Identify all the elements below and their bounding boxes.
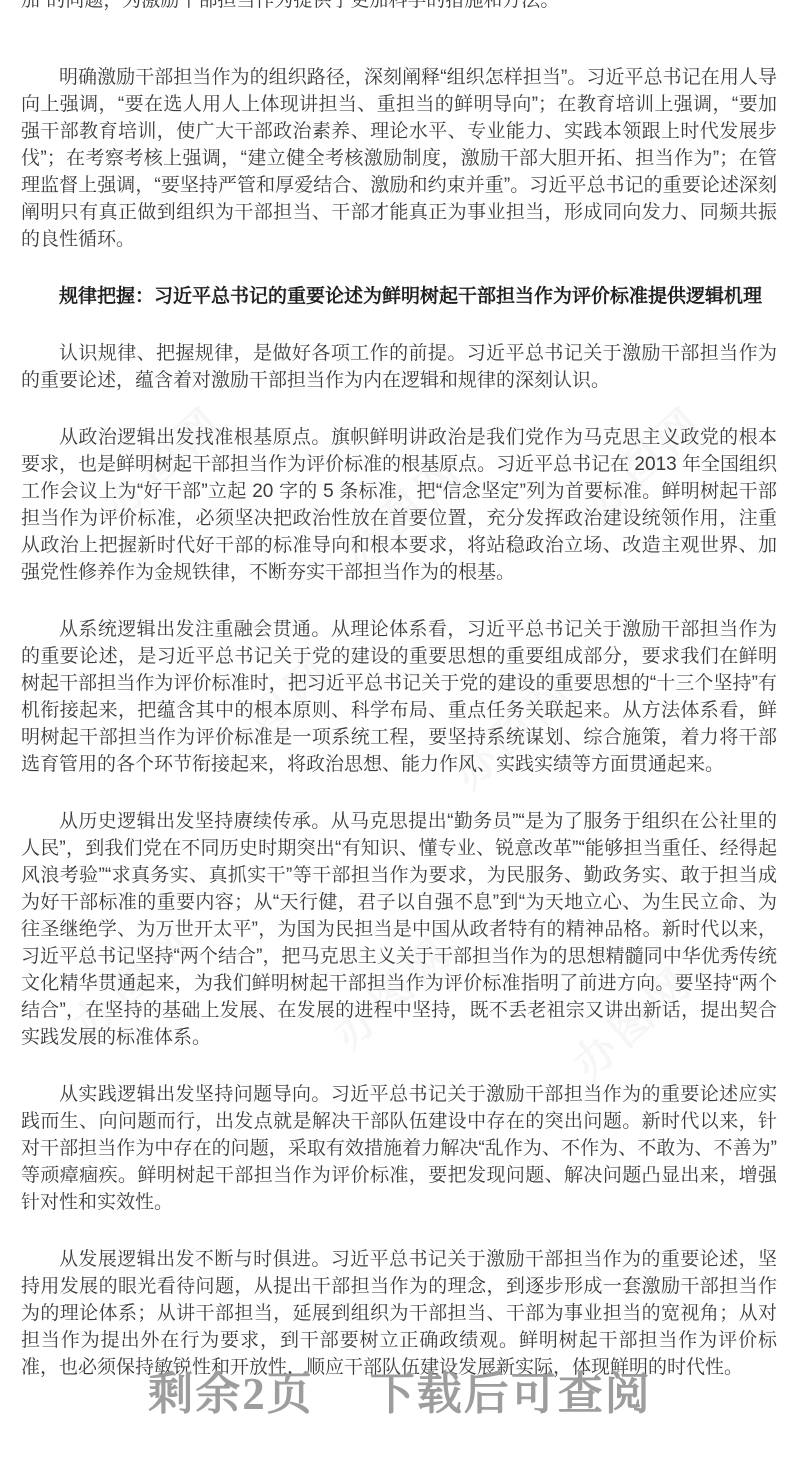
download-hint-text: 下载后可查阅 — [370, 1369, 652, 1419]
paragraph: 认识规律、把握规律，是做好各项工作的前提。习近平总书记关于激励干部担当作为的重要… — [21, 340, 777, 394]
paragraph: 从实践逻辑出发坚持问题导向。习近平总书记关于激励干部担当作为的重要论述应实践而生… — [21, 1081, 777, 1216]
paragraph: 从历史逻辑出发坚持赓续传承。从马克思提出“勤务员”“是为了服务于组织在公社里的人… — [21, 808, 777, 1051]
section-heading: 规律把握：习近平总书记的重要论述为鲜明树起干部担当作为评价标准提供逻辑机理 — [21, 283, 777, 310]
paragraph: 明确激励干部担当作为的组织路径，深刻阐释“组织怎样担当”。习近平总书记在用人导向… — [21, 64, 777, 253]
document-preview-page: 办图网 办图网 办图网 办图网 办图网 办图网 办图网 办图网 加”的问题，为激… — [0, 0, 800, 1478]
remaining-pages-text: 剩余2页 — [148, 1369, 314, 1419]
paragraph: 从系统逻辑出发注重融会贯通。从理论体系看，习近平总书记关于激励干部担当作为的重要… — [21, 616, 777, 778]
document-body: 加”的问题，为激励干部担当作为提供了更加科学的措施和方法。 明确激励干部担当作为… — [21, 0, 777, 1411]
paragraph: 从发展逻辑出发不断与时俱进。习近平总书记关于激励干部担当作为的重要论述，坚持用发… — [21, 1246, 777, 1381]
remaining-pages-banner: 剩余2页下载后可查阅 — [0, 1366, 800, 1422]
paragraph: 从政治逻辑出发找准根基原点。旗帜鲜明讲政治是我们党作为马克思主义政党的根本要求，… — [21, 424, 777, 586]
clipped-top-line: 加”的问题，为激励干部担当作为提供了更加科学的措施和方法。 — [21, 0, 777, 14]
